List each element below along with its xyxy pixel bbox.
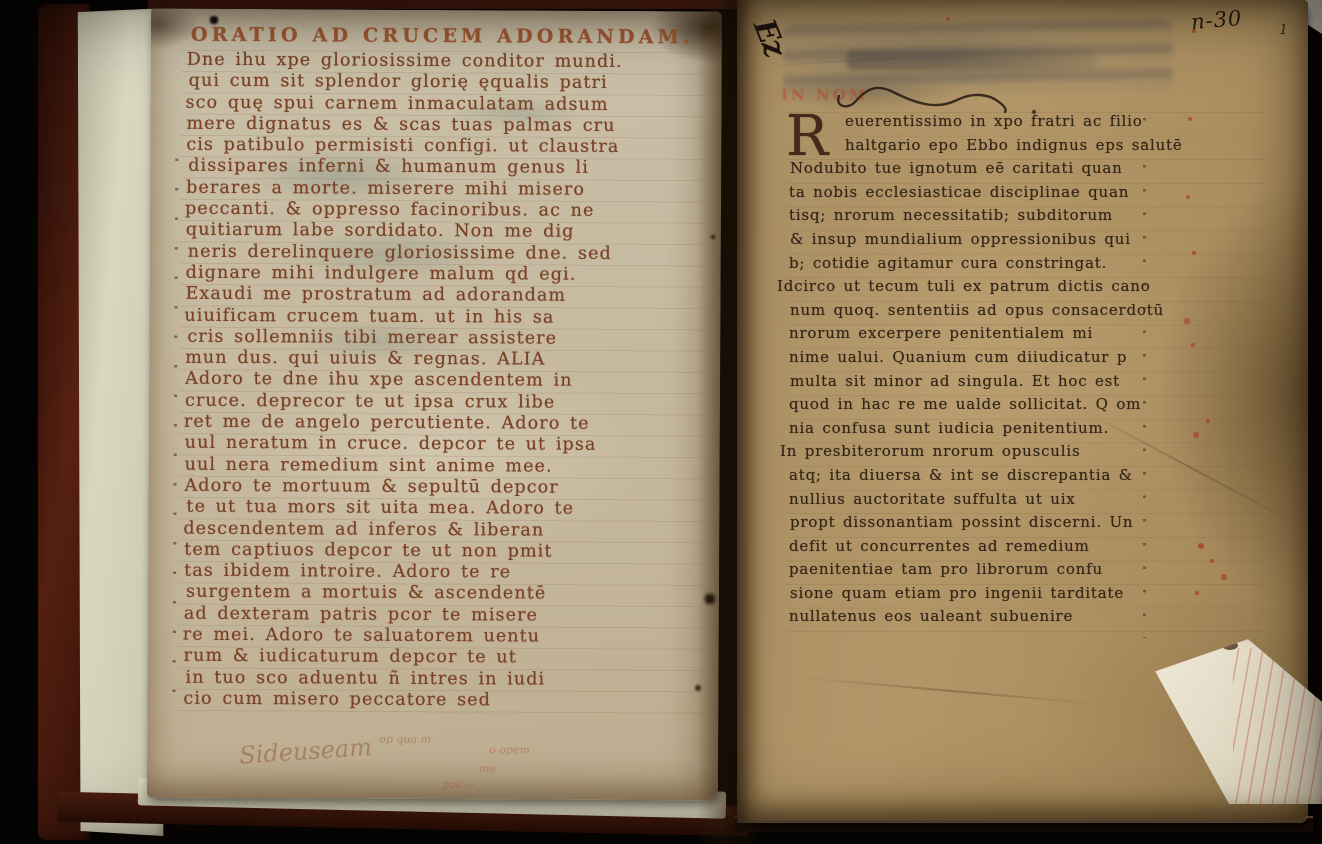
parchment-crease	[798, 676, 1107, 705]
manuscript-photo: ORATIO AD CRUCEM ADORANDAM. Dne ihu xpe …	[0, 0, 1322, 844]
text-line: cio cum misero peccatore sed	[183, 689, 711, 713]
text-line: berares a morte. miserere mihi misero	[186, 177, 714, 201]
text-line: propt dissonantiam possint discerni. Un	[790, 511, 1270, 535]
text-line: Nodubito tue ignotum eē caritati quan	[790, 157, 1270, 181]
text-line: num quoq. sententiis ad opus consacerdot…	[790, 299, 1270, 323]
marginalia-small: pos —	[442, 778, 476, 791]
initial-letter: R	[786, 113, 829, 161]
text-line: te ut tua mors sit uita mea. Adoro te	[186, 497, 714, 521]
text-line: nime ualui. Quanium cum diiudicatur p	[789, 346, 1269, 370]
text-line: Exaudi me prostratum ad adorandam	[186, 284, 714, 308]
text-line: re mei. Adoro te saluatorem uentu	[183, 625, 711, 649]
text-line: In presbiterorum nrorum opusculis	[780, 440, 1270, 464]
text-line: neris derelinquere gloriosissime dne. se…	[188, 241, 716, 265]
text-line: tem captiuos depcor te ut non pmit	[184, 540, 712, 564]
text-line: sione quam etiam pro ingenii tarditate	[790, 582, 1270, 606]
text-line: sco quę spui carnem inmaculatam adsum	[186, 92, 714, 116]
text-line: dignare mihi indulgere malum qd egi.	[186, 263, 714, 287]
text-line: nrorum excerpere penitentialem mi	[789, 322, 1269, 346]
text-line: cris sollemniis tibi merear assistere	[187, 327, 715, 351]
right-page-body-lines: Nodubito tue ignotum eē caritati quanta …	[789, 157, 1269, 629]
text-line: peccanti. & oppresso facinoribus. ac ne	[185, 199, 713, 223]
text-line: nia confusa sunt iudicia penitentium.	[789, 417, 1269, 441]
text-line: Adoro te mortuum & sepultū depcor	[185, 476, 713, 500]
folio-number: 1	[1279, 22, 1288, 38]
left-page-text: Dne ihu xpe gloriosissime conditor mundi…	[183, 50, 714, 713]
marginalia-small: op qua m	[379, 733, 431, 746]
text-line: uiuificam crucem tuam. ut in his sa	[184, 305, 712, 329]
text-line: cis patibulo permisisti configi. ut clau…	[186, 135, 714, 159]
pen-flourish-icon	[833, 76, 1013, 118]
text-line: quitiarum labe sordidato. Non me dig	[186, 220, 714, 244]
marginalia-small: me	[479, 762, 496, 775]
text-line: ret me de angelo percutiente. Adoro te	[184, 412, 712, 436]
text-line: ad dexteram patris pcor te misere	[184, 603, 712, 627]
text-line: uul neratum in cruce. depcor te ut ipsa	[185, 433, 713, 457]
text-line: b; cotidie agitamur cura constringat.	[789, 252, 1269, 276]
text-line: tisq; nrorum necessitatib; subditorum	[789, 204, 1269, 228]
text-line: cruce. deprecor te ut ipsa crux libe	[185, 390, 713, 414]
text-line: in tuo sco aduentu ñ intres in iudi	[186, 667, 714, 691]
left-page: ORATIO AD CRUCEM ADORANDAM. Dne ihu xpe …	[147, 9, 722, 801]
text-line: multa sit minor ad singula. Et hoc est	[790, 370, 1270, 394]
book-gutter	[698, 0, 762, 844]
text-line: Dne ihu xpe gloriosissime conditor mundi…	[187, 50, 715, 74]
text-line: atq; ita diuersa & int se discrepantia &	[789, 464, 1269, 488]
text-line: defit ut concurrentes ad remedium	[789, 535, 1269, 559]
text-line: nullius auctoritate suffulta ut uix	[789, 488, 1269, 512]
text-line: Adoro te dne ihu xpe ascendentem in	[185, 369, 713, 393]
text-line: paenitentiae tam pro librorum confu	[789, 558, 1269, 582]
text-line: uul nera remedium sint anime mee.	[185, 454, 713, 478]
text-line: dissipares inferni & humanum genus li	[188, 156, 716, 180]
text-line: haltgario epo Ebbo indignus eps salutē	[845, 134, 1269, 158]
text-line: qui cum sit splendor glorię ęqualis patr…	[189, 71, 717, 95]
left-page-title: ORATIO AD CRUCEM ADORANDAM.	[191, 24, 694, 49]
corner-inscription: n-30	[1190, 6, 1243, 34]
text-line: Idcirco ut tecum tuli ex patrum dictis c…	[777, 275, 1269, 299]
text-line: mun dus. qui uiuis & regnas. ALIA	[185, 348, 713, 372]
text-line: & insup mundialium oppressionibus qui	[790, 228, 1270, 252]
marginalia-large: Sideuseam	[238, 733, 372, 770]
text-line: quod in hac re me ualde sollicitat. Q om	[789, 393, 1269, 417]
right-page-text: R euerentissimo in xpo fratri ac filioha…	[789, 110, 1269, 629]
marginalia-small: o opem	[489, 743, 530, 756]
text-line: ta nobis ecclesiasticae disciplinae quan	[789, 181, 1269, 205]
text-line: surgentem a mortuis & ascendentē	[186, 582, 714, 606]
text-line: descendentem ad inferos & liberan	[183, 518, 711, 542]
text-line: mere dignatus es & scas tuas palmas cru	[186, 114, 714, 138]
text-line: tas ibidem introire. Adoro te re	[184, 561, 712, 585]
wormholes-ink-blots	[0, 0, 2, 2]
text-line: nullatenus eos ualeant subuenire	[789, 605, 1269, 629]
text-line: rum & iudicaturum depcor te ut	[184, 646, 712, 670]
